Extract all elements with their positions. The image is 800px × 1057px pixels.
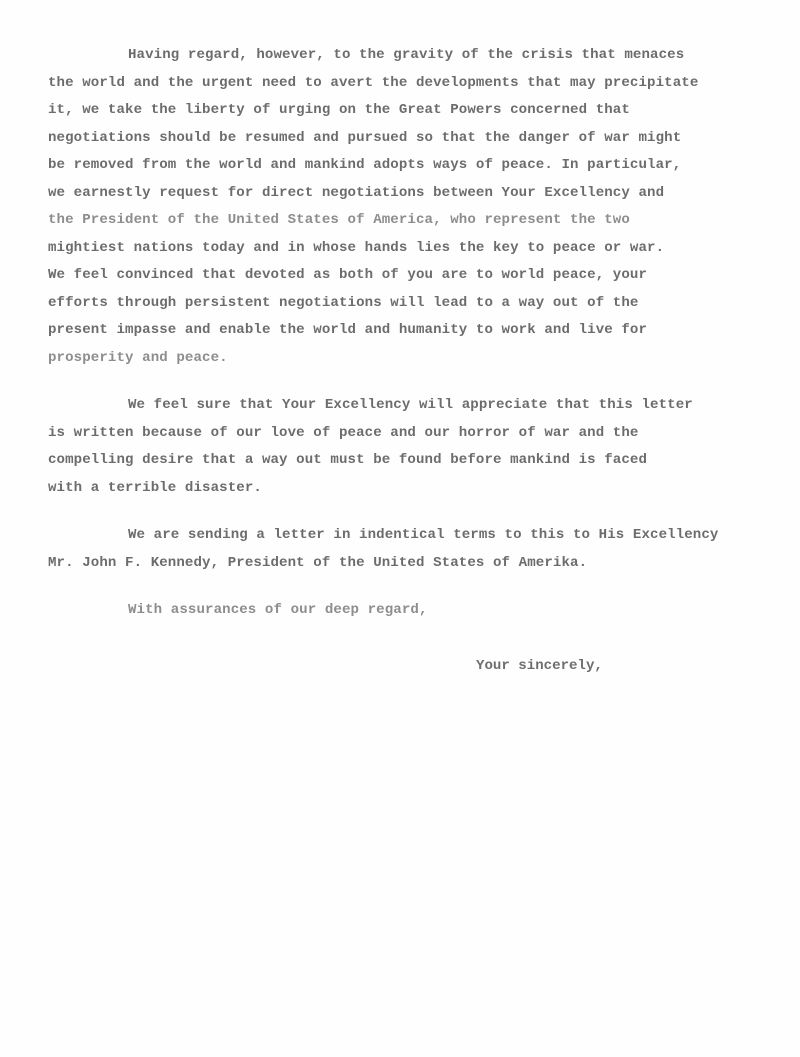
paragraph-identical-letter-note: We are sending a letter in indentical te… (48, 522, 768, 577)
text-line: present impasse and enable the world and… (48, 317, 768, 345)
text-line: efforts through persistent negotiations … (48, 290, 768, 318)
paragraph-appeal-for-negotiations: Having regard, however, to the gravity o… (48, 42, 768, 372)
text-line: the President of the United States of Am… (48, 207, 768, 235)
text-line: We feel sure that Your Excellency will a… (48, 392, 768, 420)
text-line: Having regard, however, to the gravity o… (48, 42, 768, 70)
text-line: mightiest nations today and in whose han… (48, 235, 768, 263)
text-line: With assurances of our deep regard, (48, 597, 768, 625)
text-line: we earnestly request for direct negotiat… (48, 180, 768, 208)
text-line: prosperity and peace. (48, 345, 768, 373)
text-line: with a terrible disaster. (48, 475, 768, 503)
text-line: is written because of our love of peace … (48, 420, 768, 448)
text-line: We feel convinced that devoted as both o… (48, 262, 768, 290)
text-line: Mr. John F. Kennedy, President of the Un… (48, 550, 768, 578)
text-line: negotiations should be resumed and pursu… (48, 125, 768, 153)
text-line: it, we take the liberty of urging on the… (48, 97, 768, 125)
letter-body: Having regard, however, to the gravity o… (48, 42, 768, 645)
text-line: the world and the urgent need to avert t… (48, 70, 768, 98)
paragraph-assurances: With assurances of our deep regard, (48, 597, 768, 625)
text-line: We are sending a letter in indentical te… (48, 522, 768, 550)
paragraph-reason-for-letter: We feel sure that Your Excellency will a… (48, 392, 768, 502)
closing-salutation: Your sincerely, (476, 658, 603, 674)
letter-page: Having regard, however, to the gravity o… (0, 0, 800, 1057)
text-line: be removed from the world and mankind ad… (48, 152, 768, 180)
text-line: compelling desire that a way out must be… (48, 447, 768, 475)
